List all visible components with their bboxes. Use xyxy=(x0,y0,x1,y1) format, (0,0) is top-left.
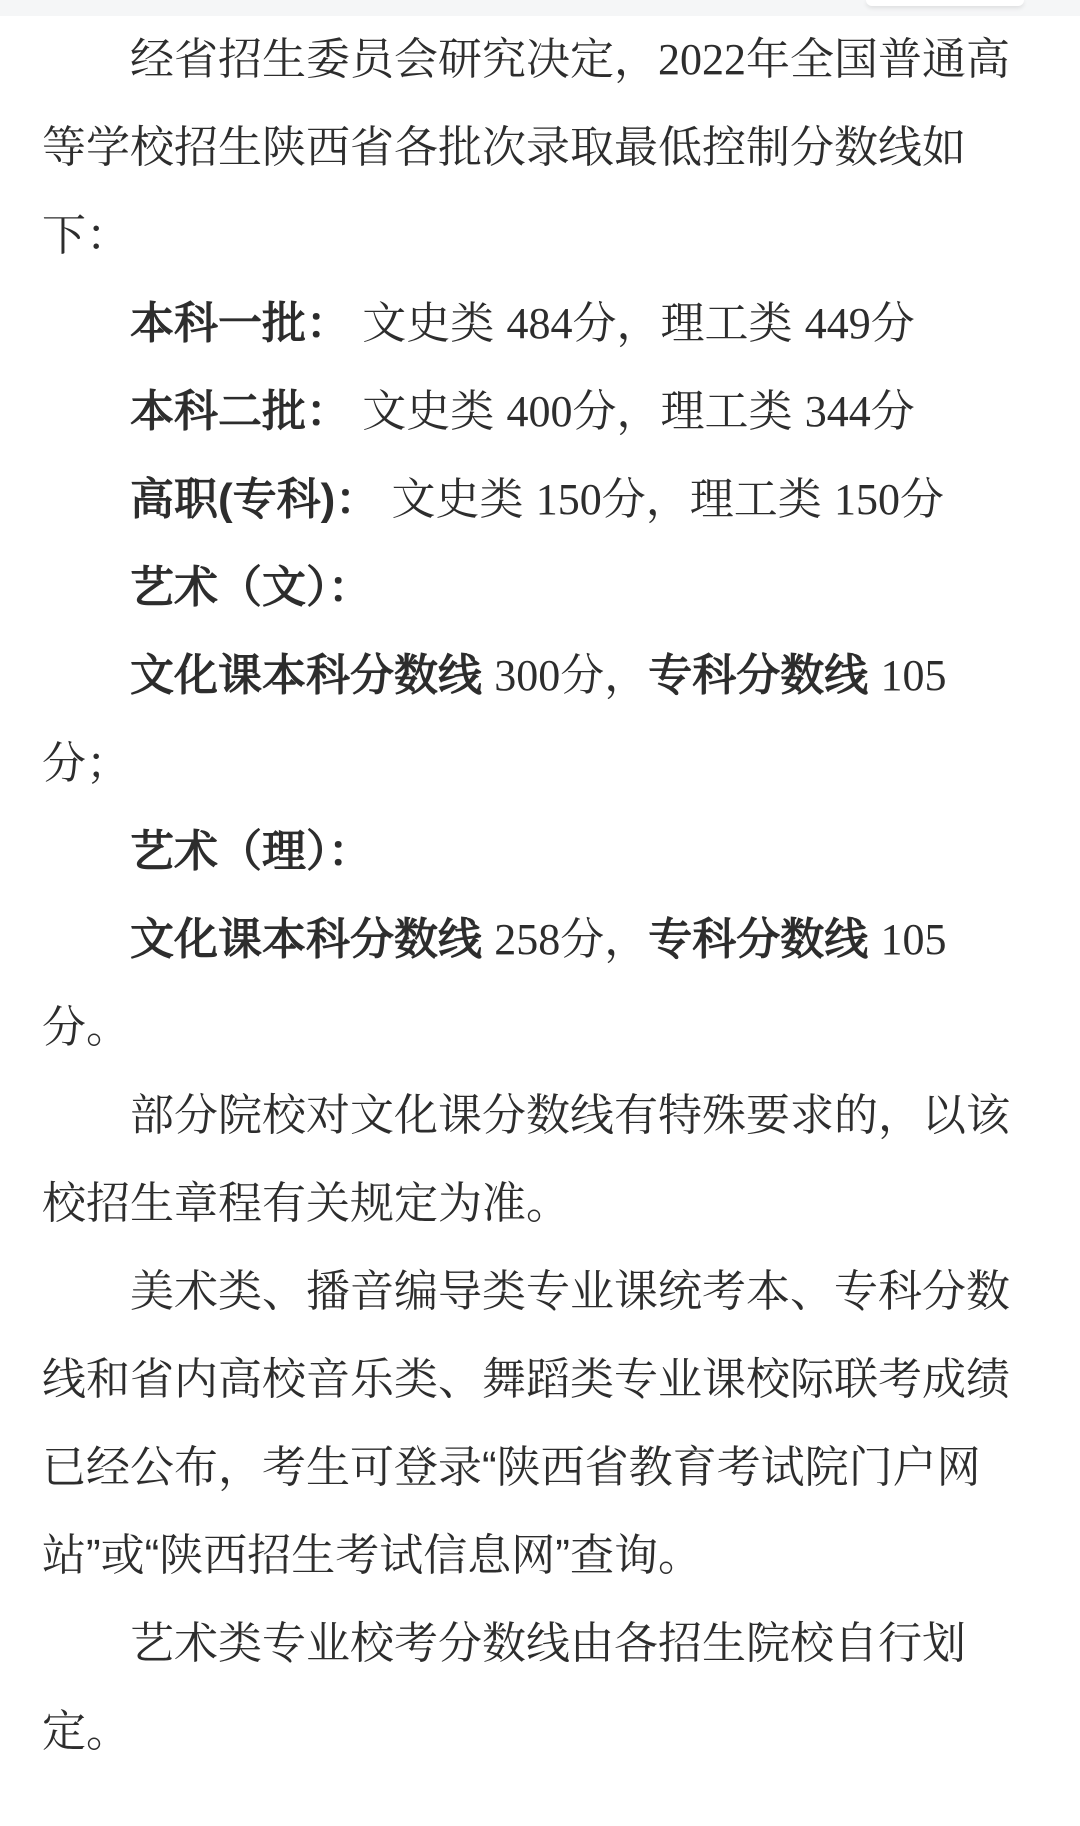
paragraph-yishu-wen-scores: 文化课本科分数线 300分，专科分数线 105分； xyxy=(42,632,1022,808)
score-label: 本科一批： xyxy=(130,299,350,348)
text-segment: 经省招生委员会研究决定，2022年全国普通高等学校招生陕西省各批次录取最低控制分… xyxy=(42,35,1010,260)
paragraph-benke-yipi: 本科一批： 文史类 484分，理工类 449分 xyxy=(42,280,1022,368)
number: 258 xyxy=(494,915,560,964)
paragraph-results-announcement: 美术类、播音编导类专业课统考本、专科分数线和省内高校音乐类、舞蹈类专业课校际联考… xyxy=(42,1248,1022,1600)
text-segment: 部分院校对文化课分数线有特殊要求的，以该校招生章程有关规定为准。 xyxy=(42,1091,1010,1228)
number: 150 xyxy=(834,475,900,524)
score-label: 专科分数线 xyxy=(648,651,868,700)
number: 2022 xyxy=(658,35,746,84)
text-segment: 258分， xyxy=(482,915,648,964)
number: 105 xyxy=(880,915,946,964)
text-segment: 艺术类专业校考分数线由各招生院校自行划定。 xyxy=(42,1619,966,1756)
floating-card-bottom-edge xyxy=(866,0,1024,6)
text-segment: 300分， xyxy=(482,651,648,700)
paragraph-yishu-li-heading: 艺术（理）： xyxy=(42,808,1022,896)
paragraph-benke-erpi: 本科二批： 文史类 400分，理工类 344分 xyxy=(42,368,1022,456)
score-label: 艺术（文）： xyxy=(130,563,372,612)
score-label: 艺术（理）： xyxy=(130,827,372,876)
number: 400 xyxy=(506,387,572,436)
text-segment: 文史类 400分，理工类 344分 xyxy=(350,387,915,436)
number: 300 xyxy=(494,651,560,700)
article-body: 经省招生委员会研究决定，2022年全国普通高等学校招生陕西省各批次录取最低控制分… xyxy=(0,16,1080,1776)
text-segment: 文史类 484分，理工类 449分 xyxy=(350,299,915,348)
number: 105 xyxy=(880,651,946,700)
number: 484 xyxy=(506,299,572,348)
score-label: 本科二批： xyxy=(130,387,350,436)
text-segment: 美术类、播音编导类专业课统考本、专科分数线和省内高校音乐类、舞蹈类专业课校际联考… xyxy=(42,1267,1010,1580)
score-label: 高职(专科)： xyxy=(130,475,379,524)
paragraph-yishu-li-scores: 文化课本科分数线 258分，专科分数线 105分。 xyxy=(42,896,1022,1072)
paragraph-intro: 经省招生委员会研究决定，2022年全国普通高等学校招生陕西省各批次录取最低控制分… xyxy=(42,16,1022,280)
number: 344 xyxy=(805,387,871,436)
text-segment: 文史类 150分，理工类 150分 xyxy=(379,475,944,524)
paragraph-yishu-wen-heading: 艺术（文）： xyxy=(42,544,1022,632)
paragraph-xiaokao: 艺术类专业校考分数线由各招生院校自行划定。 xyxy=(42,1600,1022,1776)
top-bar xyxy=(0,0,1080,16)
number: 449 xyxy=(805,299,871,348)
paragraph-special-requirements: 部分院校对文化课分数线有特殊要求的，以该校招生章程有关规定为准。 xyxy=(42,1072,1022,1248)
number: 150 xyxy=(536,475,602,524)
score-label: 文化课本科分数线 xyxy=(130,651,482,700)
score-label: 文化课本科分数线 xyxy=(130,915,482,964)
score-label: 专科分数线 xyxy=(648,915,868,964)
paragraph-gaozhi-zhuanke: 高职(专科)： 文史类 150分，理工类 150分 xyxy=(42,456,1022,544)
